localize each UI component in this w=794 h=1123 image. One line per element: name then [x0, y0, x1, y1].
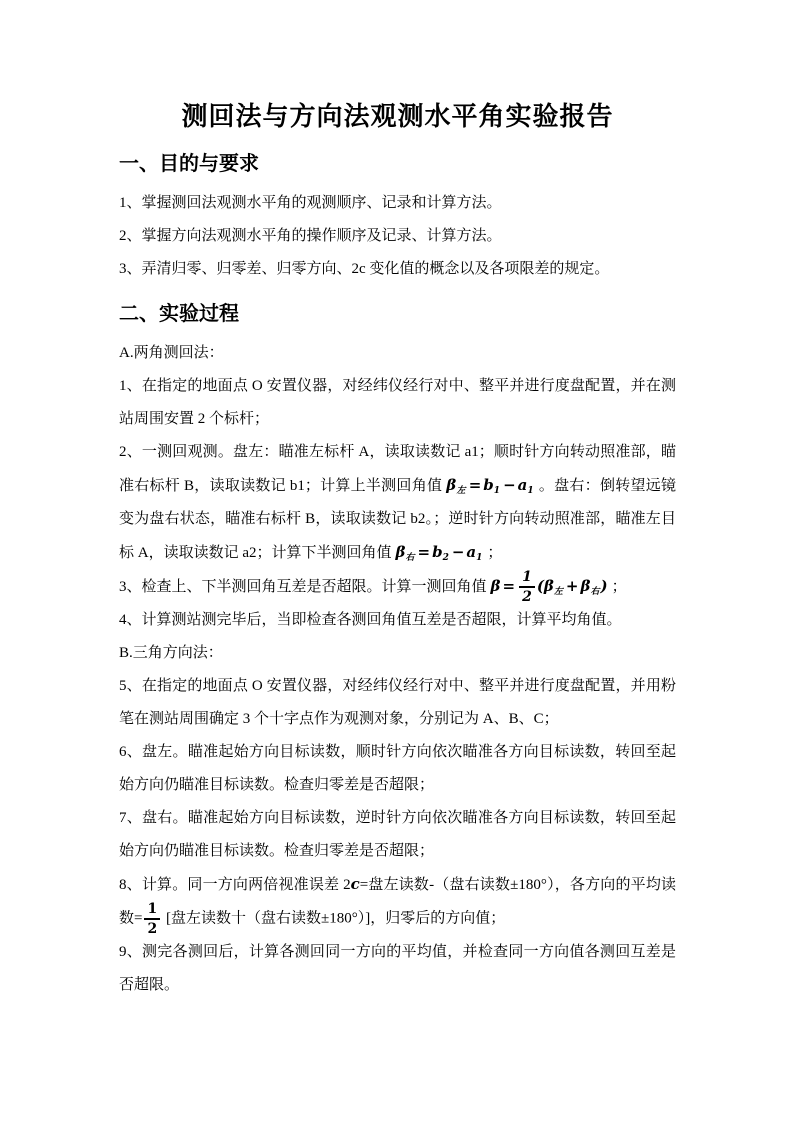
step3-text-1: 3、检查上、下半测回角互差是否超限。计算一测回角值: [119, 579, 487, 595]
method-b-label: B.三角方向法：: [119, 637, 676, 670]
method-b-step8: 8、计算。同一方向两倍视准误差 2c=盘左读数-（盘右读数±180°），各方向的…: [119, 868, 676, 936]
method-a-step2: 2、一测回观测。盘左：瞄准左标杆 A，读取读数记 a1；顺时针方向转动照准部，瞄…: [119, 436, 676, 570]
step8-text-1: 8、计算。同一方向两倍视准误差 2: [119, 877, 351, 893]
fraction-one-half: 12: [144, 902, 160, 936]
page-title: 测回法与方向法观测水平角实验报告: [119, 97, 676, 136]
step3-text-2: ；: [612, 579, 627, 595]
section1-item1: 1、掌握测回法观测水平角的观测顺序、记录和计算方法。: [119, 187, 676, 220]
method-a-label: A.两角测回法：: [119, 337, 676, 370]
method-a-step3: 3、检查上、下半测回角互差是否超限。计算一测回角值β=12(β左+β右)；: [119, 570, 676, 604]
section1-heading: 一、目的与要求: [119, 150, 676, 178]
method-b-step5: 5、在指定的地面点 O 安置仪器，对经纬仪经行对中、整平并进行度盘配置，并用粉笔…: [119, 670, 676, 736]
step2-text-3: ；: [487, 545, 502, 561]
formula-beta-left: β左=b1−a1: [446, 476, 534, 494]
method-a-step1: 1、在指定的地面点 O 安置仪器，对经纬仪经行对中、整平并进行度盘配置，并在测站…: [119, 370, 676, 436]
method-a-step4: 4、计算测站测完毕后，当即检查各测回角值互差是否超限，计算平均角值。: [119, 604, 676, 637]
section1-item2: 2、掌握方向法观测水平角的操作顺序及记录、计算方法。: [119, 220, 676, 253]
section2-heading: 二、实验过程: [119, 300, 676, 328]
fraction-one-half: 12: [519, 570, 535, 604]
section1-item3: 3、弄清归零、归零差、归零方向、2c 变化值的概念以及各项限差的规定。: [119, 253, 676, 286]
document-page: 测回法与方向法观测水平角实验报告 一、目的与要求 1、掌握测回法观测水平角的观测…: [0, 0, 794, 1123]
formula-one-round-mean: β=12(β左+β右): [491, 577, 608, 595]
collimation-error-symbol: c: [351, 875, 360, 893]
method-b-step7: 7、盘右。瞄准起始方向目标读数，逆时针方向依次瞄准各方向目标读数，转回至起始方向…: [119, 802, 676, 868]
formula-beta-right: β右=b2−a1: [396, 543, 484, 561]
method-b-step9: 9、测完各测回后，计算各测回同一方向的平均值，并检查同一方向值各测回互差是否超限…: [119, 936, 676, 1002]
step8-text-3: [盘左读数十（盘右读数±180°）]，归零后的方向值；: [162, 910, 505, 926]
method-b-step6: 6、盘左。瞄准起始方向目标读数，顺时针方向依次瞄准各方向目标读数，转回至起始方向…: [119, 736, 676, 802]
